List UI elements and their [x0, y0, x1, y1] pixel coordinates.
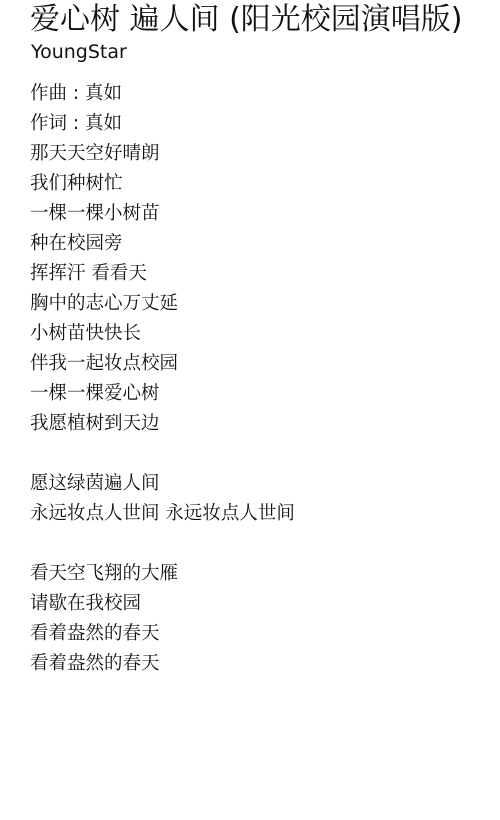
lyric-line: 我们种树忙: [30, 170, 295, 200]
lyric-line: 请歇在我校园: [30, 590, 295, 620]
lyric-line: 一棵一棵爱心树: [30, 380, 295, 410]
lyric-line: 永远妆点人世间 永远妆点人世间: [30, 500, 295, 530]
song-artist: YoungStar: [31, 40, 127, 64]
song-title: 爱心树 遍人间 (阳光校园演唱版): [30, 2, 462, 38]
lyric-line: 那天天空好晴朗: [30, 140, 295, 170]
lyric-line-lyricist: 作词 : 真如: [30, 110, 295, 140]
lyric-line: 挥挥汗 看看天: [30, 260, 295, 290]
lyric-line: 看着盎然的春天: [30, 620, 295, 650]
lyric-line-composer: 作曲 : 真如: [30, 80, 295, 110]
lyric-line: 种在校园旁: [30, 230, 295, 260]
lyric-line: 我愿植树到天边: [30, 410, 295, 440]
lyric-line: 伴我一起妆点校园: [30, 350, 295, 380]
lyrics-list: 作曲 : 真如 作词 : 真如 那天天空好晴朗 我们种树忙 一棵一棵小树苗 种在…: [30, 80, 295, 680]
lyric-blank-line: [30, 530, 295, 560]
lyric-line: 看天空飞翔的大雁: [30, 560, 295, 590]
lyric-line: 愿这绿茵遍人间: [30, 470, 295, 500]
lyric-line: 小树苗快快长: [30, 320, 295, 350]
lyric-line: 一棵一棵小树苗: [30, 200, 295, 230]
lyric-line: 胸中的志心万丈延: [30, 290, 295, 320]
lyric-line: 看着盎然的春天: [30, 650, 295, 680]
lyric-blank-line: [30, 440, 295, 470]
